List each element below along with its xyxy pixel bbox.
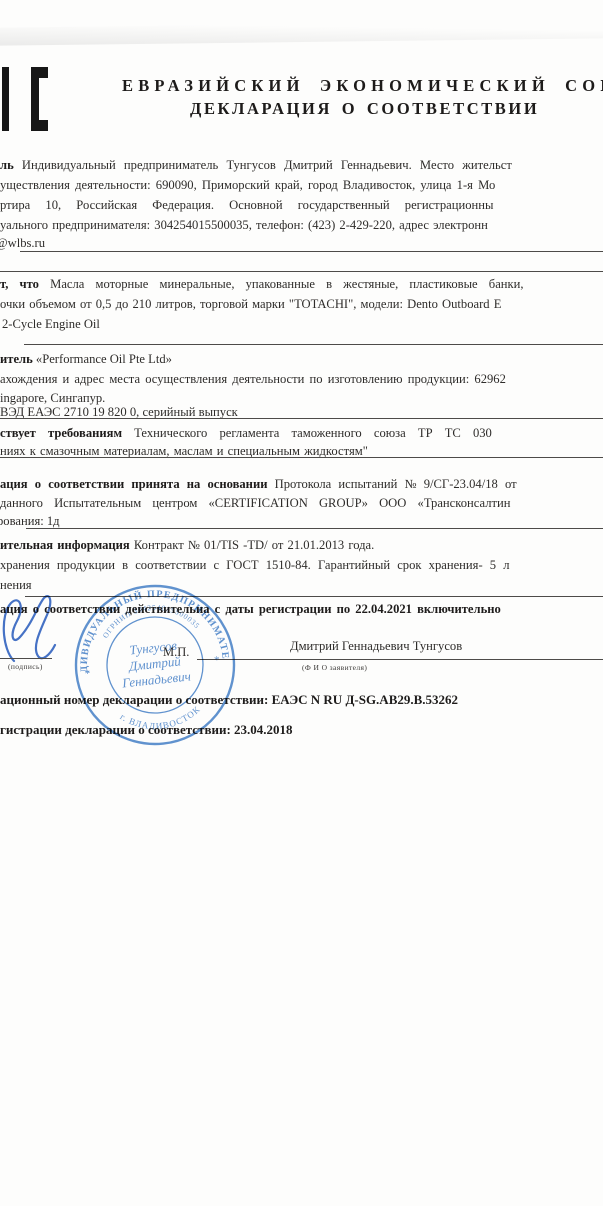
additional-line-2-text: хранения продукции в соответствии с ГОСТ… xyxy=(0,558,510,572)
applicant-line-1-bold: ль xyxy=(0,158,14,172)
signature-caption: (подпись) xyxy=(8,662,43,671)
document-subtitle: ДЕКЛАРАЦИЯ О СООТВЕТСТВИИ xyxy=(190,99,539,119)
basis-line-3: рования: 1д xyxy=(0,514,60,529)
manufacturer-line-2-text: ахождения и адрес места осуществления де… xyxy=(0,372,506,386)
stamp-ring-bottom-text: г. ВЛАДИВОСТОК xyxy=(118,703,204,735)
manufacturer-line-3-text: ingapore, Сингапур. xyxy=(0,391,105,405)
basis-line-1-text: Протокола испытаний № 9/СГ-23.04/18 от xyxy=(267,477,516,491)
applicant-line-5: @wlbs.ru xyxy=(0,236,45,251)
product-line-3: 2-Cycle Engine Oil xyxy=(2,317,100,332)
compliance-line-1-bold: ствует требованиям xyxy=(0,426,122,440)
entrepreneur-round-stamp: ИНДИВИДУАЛЬНЫЙ ПРЕДПРИНИМАТЕЛЬ г. ВЛАДИВ… xyxy=(62,572,249,759)
additional-line-1: ительная информация Контракт № 01/TIS -T… xyxy=(0,538,374,553)
additional-line-1-text: Контракт № 01/TIS -TD/ от 21.01.2013 год… xyxy=(130,538,375,552)
basis-line-3-text: рования: 1д xyxy=(0,514,60,528)
applicant-line-2-text: уществления деятельности: 690090, Примор… xyxy=(0,178,495,192)
compliance-line-1: ствует требованиям Технического регламен… xyxy=(0,426,492,441)
product-line-2: очки объемом от 0,5 до 210 литров, торго… xyxy=(0,297,501,312)
signature-line xyxy=(0,658,52,659)
applicant-line-3: ртира 10, Российская Федерация. Основной… xyxy=(0,198,493,213)
stamp-star-right: * xyxy=(214,654,221,667)
manufacturer-line-1-text: «Performance Oil Pte Ltd» xyxy=(33,352,172,366)
document-title: ЕВРАЗИЙСКИЙ ЭКОНОМИЧЕСКИЙ СОЮЗ xyxy=(122,76,603,96)
additional-line-3-text: нения xyxy=(0,578,32,592)
section-divider xyxy=(20,251,603,252)
scan-artifact-band xyxy=(0,20,603,45)
applicant-line-4: уального предпринимателя: 30425401550003… xyxy=(0,218,488,233)
fio-line xyxy=(197,659,603,660)
product-line-3-text: 2-Cycle Engine Oil xyxy=(2,317,100,331)
additional-line-3: нения xyxy=(0,578,32,593)
eac-logo-fragment-bracket-icon xyxy=(31,67,48,131)
product-line-1-text: Масла моторные минеральные, упакованные … xyxy=(39,277,524,291)
product-line-1: т, что Масла моторные минеральные, упако… xyxy=(0,277,524,292)
additional-line-1-bold: ительная информация xyxy=(0,538,130,552)
product-line-2-text: очки объемом от 0,5 до 210 литров, торго… xyxy=(0,297,501,311)
applicant-line-1: ль Индивидуальный предприниматель Тунгус… xyxy=(0,158,512,173)
basis-line-2-text: данного Испытательным центром «CERTIFICA… xyxy=(0,496,510,510)
applicant-email-text: @wlbs.ru xyxy=(0,236,45,250)
applicant-full-name: Дмитрий Геннадьевич Тунгусов xyxy=(290,639,462,654)
basis-line-2: данного Испытательным центром «CERTIFICA… xyxy=(0,496,510,511)
manufacturer-line-3: ingapore, Сингапур. xyxy=(0,391,105,406)
applicant-line-1-text: Индивидуальный предприниматель Тунгусов … xyxy=(14,158,512,172)
basis-line-1: ация о соответствии принята на основании… xyxy=(0,477,517,492)
applicant-line-4-text: уального предпринимателя: 30425401550003… xyxy=(0,218,488,232)
declaration-document: ЕВРАЗИЙСКИЙ ЭКОНОМИЧЕСКИЙ СОЮЗ ДЕКЛАРАЦИ… xyxy=(0,0,603,1206)
manufacturer-line-4-text: ВЭД ЕАЭС 2710 19 820 0, серийный выпуск xyxy=(0,405,238,419)
additional-line-2: хранения продукции в соответствии с ГОСТ… xyxy=(0,558,510,573)
manufacturer-line-1: итель «Performance Oil Pte Ltd» xyxy=(0,352,172,367)
section-divider xyxy=(0,457,603,458)
stamp-star-left: * xyxy=(84,668,91,681)
section-divider xyxy=(26,528,603,529)
basis-line-1-bold: ация о соответствии принята на основании xyxy=(0,477,267,491)
fio-caption: (Ф И О заявителя) xyxy=(302,663,367,672)
section-divider xyxy=(0,418,603,419)
eac-logo-fragment-bar-icon xyxy=(2,67,9,131)
manufacturer-line-2: ахождения и адрес места осуществления де… xyxy=(0,372,506,387)
section-divider xyxy=(24,344,603,345)
compliance-line-1-text: Технического регламента таможенного союз… xyxy=(122,426,492,440)
compliance-line-2-text: ниях к смазочным материалам, маслам и сп… xyxy=(0,444,368,458)
applicant-line-3-text: ртира 10, Российская Федерация. Основной… xyxy=(0,198,493,212)
applicant-line-2: уществления деятельности: 690090, Примор… xyxy=(0,178,495,193)
manufacturer-line-1-bold: итель xyxy=(0,352,33,366)
section-divider xyxy=(0,271,603,272)
product-line-1-bold: т, что xyxy=(0,277,39,291)
